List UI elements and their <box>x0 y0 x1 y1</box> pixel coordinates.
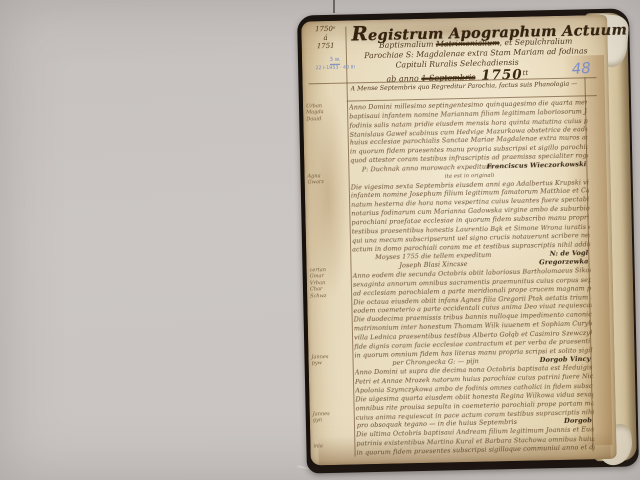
pencil-note-line1: 3 w. <box>330 57 341 65</box>
margin-annotation: Jannes gyn <box>313 411 353 425</box>
pencil-note-line2: 22 I-1953 · 40 III <box>315 65 355 71</box>
manuscript-page: 1750ᵃ á 1751 3 w. 22 I-1953 · 40 III Reg… <box>301 15 617 466</box>
ab-anno-label: ab anno <box>386 74 421 84</box>
margin-annotation: Agna Gwarz <box>307 173 347 187</box>
scanned-register-photo: 1750ᵃ á 1751 3 w. 22 I-1953 · 40 III Reg… <box>0 0 640 480</box>
struck-word: Matrimonialium <box>436 38 500 48</box>
archival-page-number: 48 <box>564 58 599 78</box>
title-line2-b: , et Sepulchralium <box>499 37 572 48</box>
struck-date: 1 Septembris <box>421 73 475 83</box>
register-book: 1750ᵃ á 1751 3 w. 22 I-1953 · 40 III Reg… <box>291 4 640 479</box>
margin-annotation: Urban Magda Dauid <box>306 103 346 123</box>
margin-annotation: Jannes pyw <box>311 354 351 368</box>
manuscript-body: Anno Domini millesimo septingentesimo qu… <box>349 98 595 459</box>
margin-year-note: 1750ᵃ á 1751 <box>307 25 344 52</box>
year-flourish: tt <box>523 69 529 77</box>
margin-annotation: certan Gmar Vrban Char Schwz <box>310 267 351 300</box>
title-line2-a: Baptismalium <box>379 40 436 50</box>
margin-annotation: inia <box>313 443 353 450</box>
